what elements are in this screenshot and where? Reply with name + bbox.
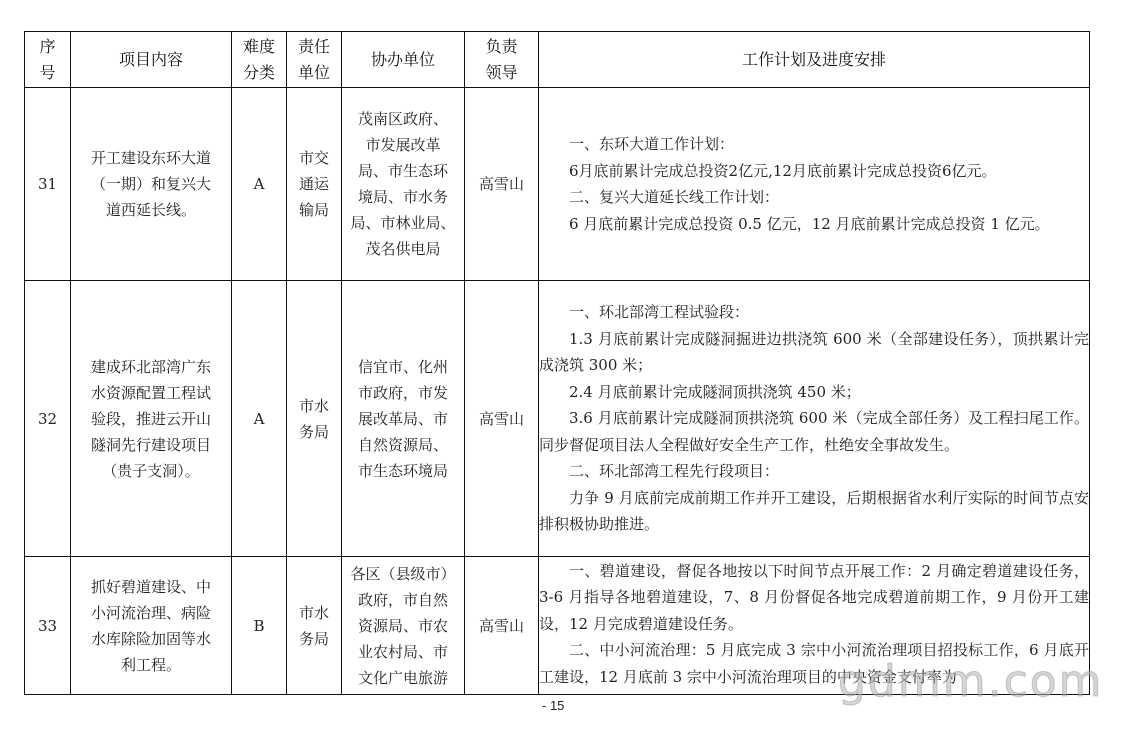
plan-paragraph: 一、东环大道工作计划： xyxy=(539,131,1089,158)
plan-paragraph: 6月底前累计完成总投资2亿元,12月底前累计完成总投资6亿元。 xyxy=(539,158,1089,185)
page-number: - 15 xyxy=(542,698,564,713)
cell-leader: 高雪山 xyxy=(465,557,539,695)
cell-plan: 一、东环大道工作计划： 6月底前累计完成总投资2亿元,12月底前累计完成总投资6… xyxy=(539,88,1090,281)
cell-seq: 31 xyxy=(25,88,71,281)
cell-plan: 一、碧道建设，督促各地按以下时间节点开展工作：2 月确定碧道建设任务，3-6 月… xyxy=(539,557,1090,695)
plan-paragraph: 2.4 月底前累计完成隧洞顶拱浇筑 450 米； xyxy=(539,379,1089,406)
document-page: 序 号 项目内容 难度 分类 责任 单位 协办单位 负责 领导 工作计划及进度安… xyxy=(0,0,1131,736)
header-plan: 工作计划及进度安排 xyxy=(539,32,1090,88)
table-header-row: 序 号 项目内容 难度 分类 责任 单位 协办单位 负责 领导 工作计划及进度安… xyxy=(25,32,1090,88)
table-row: 33 抓好碧道建设、中 小河流治理、病险 水库除险加固等水 利工程。 B 市水 … xyxy=(25,557,1090,695)
cell-difficulty: B xyxy=(232,557,287,695)
cell-difficulty: A xyxy=(232,88,287,281)
cell-content: 建成环北部湾广东 水资源配置工程试 验段，推进云开山 隧洞先行建设项目 （贵子支… xyxy=(71,281,232,557)
cell-difficulty: A xyxy=(232,281,287,557)
header-seq: 序 号 xyxy=(25,32,71,88)
plan-paragraph: 一、碧道建设，督促各地按以下时间节点开展工作：2 月确定碧道建设任务，3-6 月… xyxy=(539,558,1089,638)
table-row: 32 建成环北部湾广东 水资源配置工程试 验段，推进云开山 隧洞先行建设项目 （… xyxy=(25,281,1090,557)
plan-paragraph: 二、环北部湾工程先行段项目： xyxy=(539,458,1089,485)
header-leader: 负责 领导 xyxy=(465,32,539,88)
plan-paragraph: 一、环北部湾工程试验段： xyxy=(539,299,1089,326)
cell-plan: 一、环北部湾工程试验段： 1.3 月底前累计完成隧洞掘进边拱浇筑 600 米（全… xyxy=(539,281,1090,557)
cell-content: 开工建设东环大道 （一期）和复兴大 道西延长线。 xyxy=(71,88,232,281)
plan-paragraph: 二、中小河流治理：5 月底完成 3 宗中小河流治理项目招投标工作，6 月底开工建… xyxy=(539,637,1089,690)
plan-paragraph: 1.3 月底前累计完成隧洞掘进边拱浇筑 600 米（全部建设任务），顶拱累计完成… xyxy=(539,326,1089,379)
cell-seq: 33 xyxy=(25,557,71,695)
cell-leader: 高雪山 xyxy=(465,88,539,281)
cell-content: 抓好碧道建设、中 小河流治理、病险 水库除险加固等水 利工程。 xyxy=(71,557,232,695)
cell-responsible-unit: 市交 通运 输局 xyxy=(287,88,342,281)
cell-responsible-unit: 市水 务局 xyxy=(287,281,342,557)
work-plan-table: 序 号 项目内容 难度 分类 责任 单位 协办单位 负责 领导 工作计划及进度安… xyxy=(24,31,1090,695)
table-row: 31 开工建设东环大道 （一期）和复兴大 道西延长线。 A 市交 通运 输局 茂… xyxy=(25,88,1090,281)
plan-paragraph: 二、复兴大道延长线工作计划： xyxy=(539,184,1089,211)
header-difficulty: 难度 分类 xyxy=(232,32,287,88)
header-assisting-units: 协办单位 xyxy=(342,32,465,88)
cell-seq: 32 xyxy=(25,281,71,557)
cell-responsible-unit: 市水 务局 xyxy=(287,557,342,695)
plan-paragraph: 3.6 月底前累计完成隧洞顶拱浇筑 600 米（完成全部任务）及工程扫尾工作。同… xyxy=(539,405,1089,458)
plan-paragraph: 6 月底前累计完成总投资 0.5 亿元，12 月底前累计完成总投资 1 亿元。 xyxy=(539,211,1089,238)
cell-assisting-units: 各区（县级市） 政府，市自然 资源局、市农 业农村局、市 文化广电旅游 xyxy=(342,557,465,695)
cell-leader: 高雪山 xyxy=(465,281,539,557)
header-content: 项目内容 xyxy=(71,32,232,88)
plan-paragraph: 力争 9 月底前完成前期工作并开工建设，后期根据省水利厅实际的时间节点安排积极协… xyxy=(539,485,1089,538)
cell-assisting-units: 信宜市、化州 市政府，市发 展改革局、市 自然资源局、 市生态环境局 xyxy=(342,281,465,557)
header-responsible-unit: 责任 单位 xyxy=(287,32,342,88)
cell-assisting-units: 茂南区政府、 市发展改革 局、市生态环 境局、市水务 局、市林业局、 茂名供电局 xyxy=(342,88,465,281)
